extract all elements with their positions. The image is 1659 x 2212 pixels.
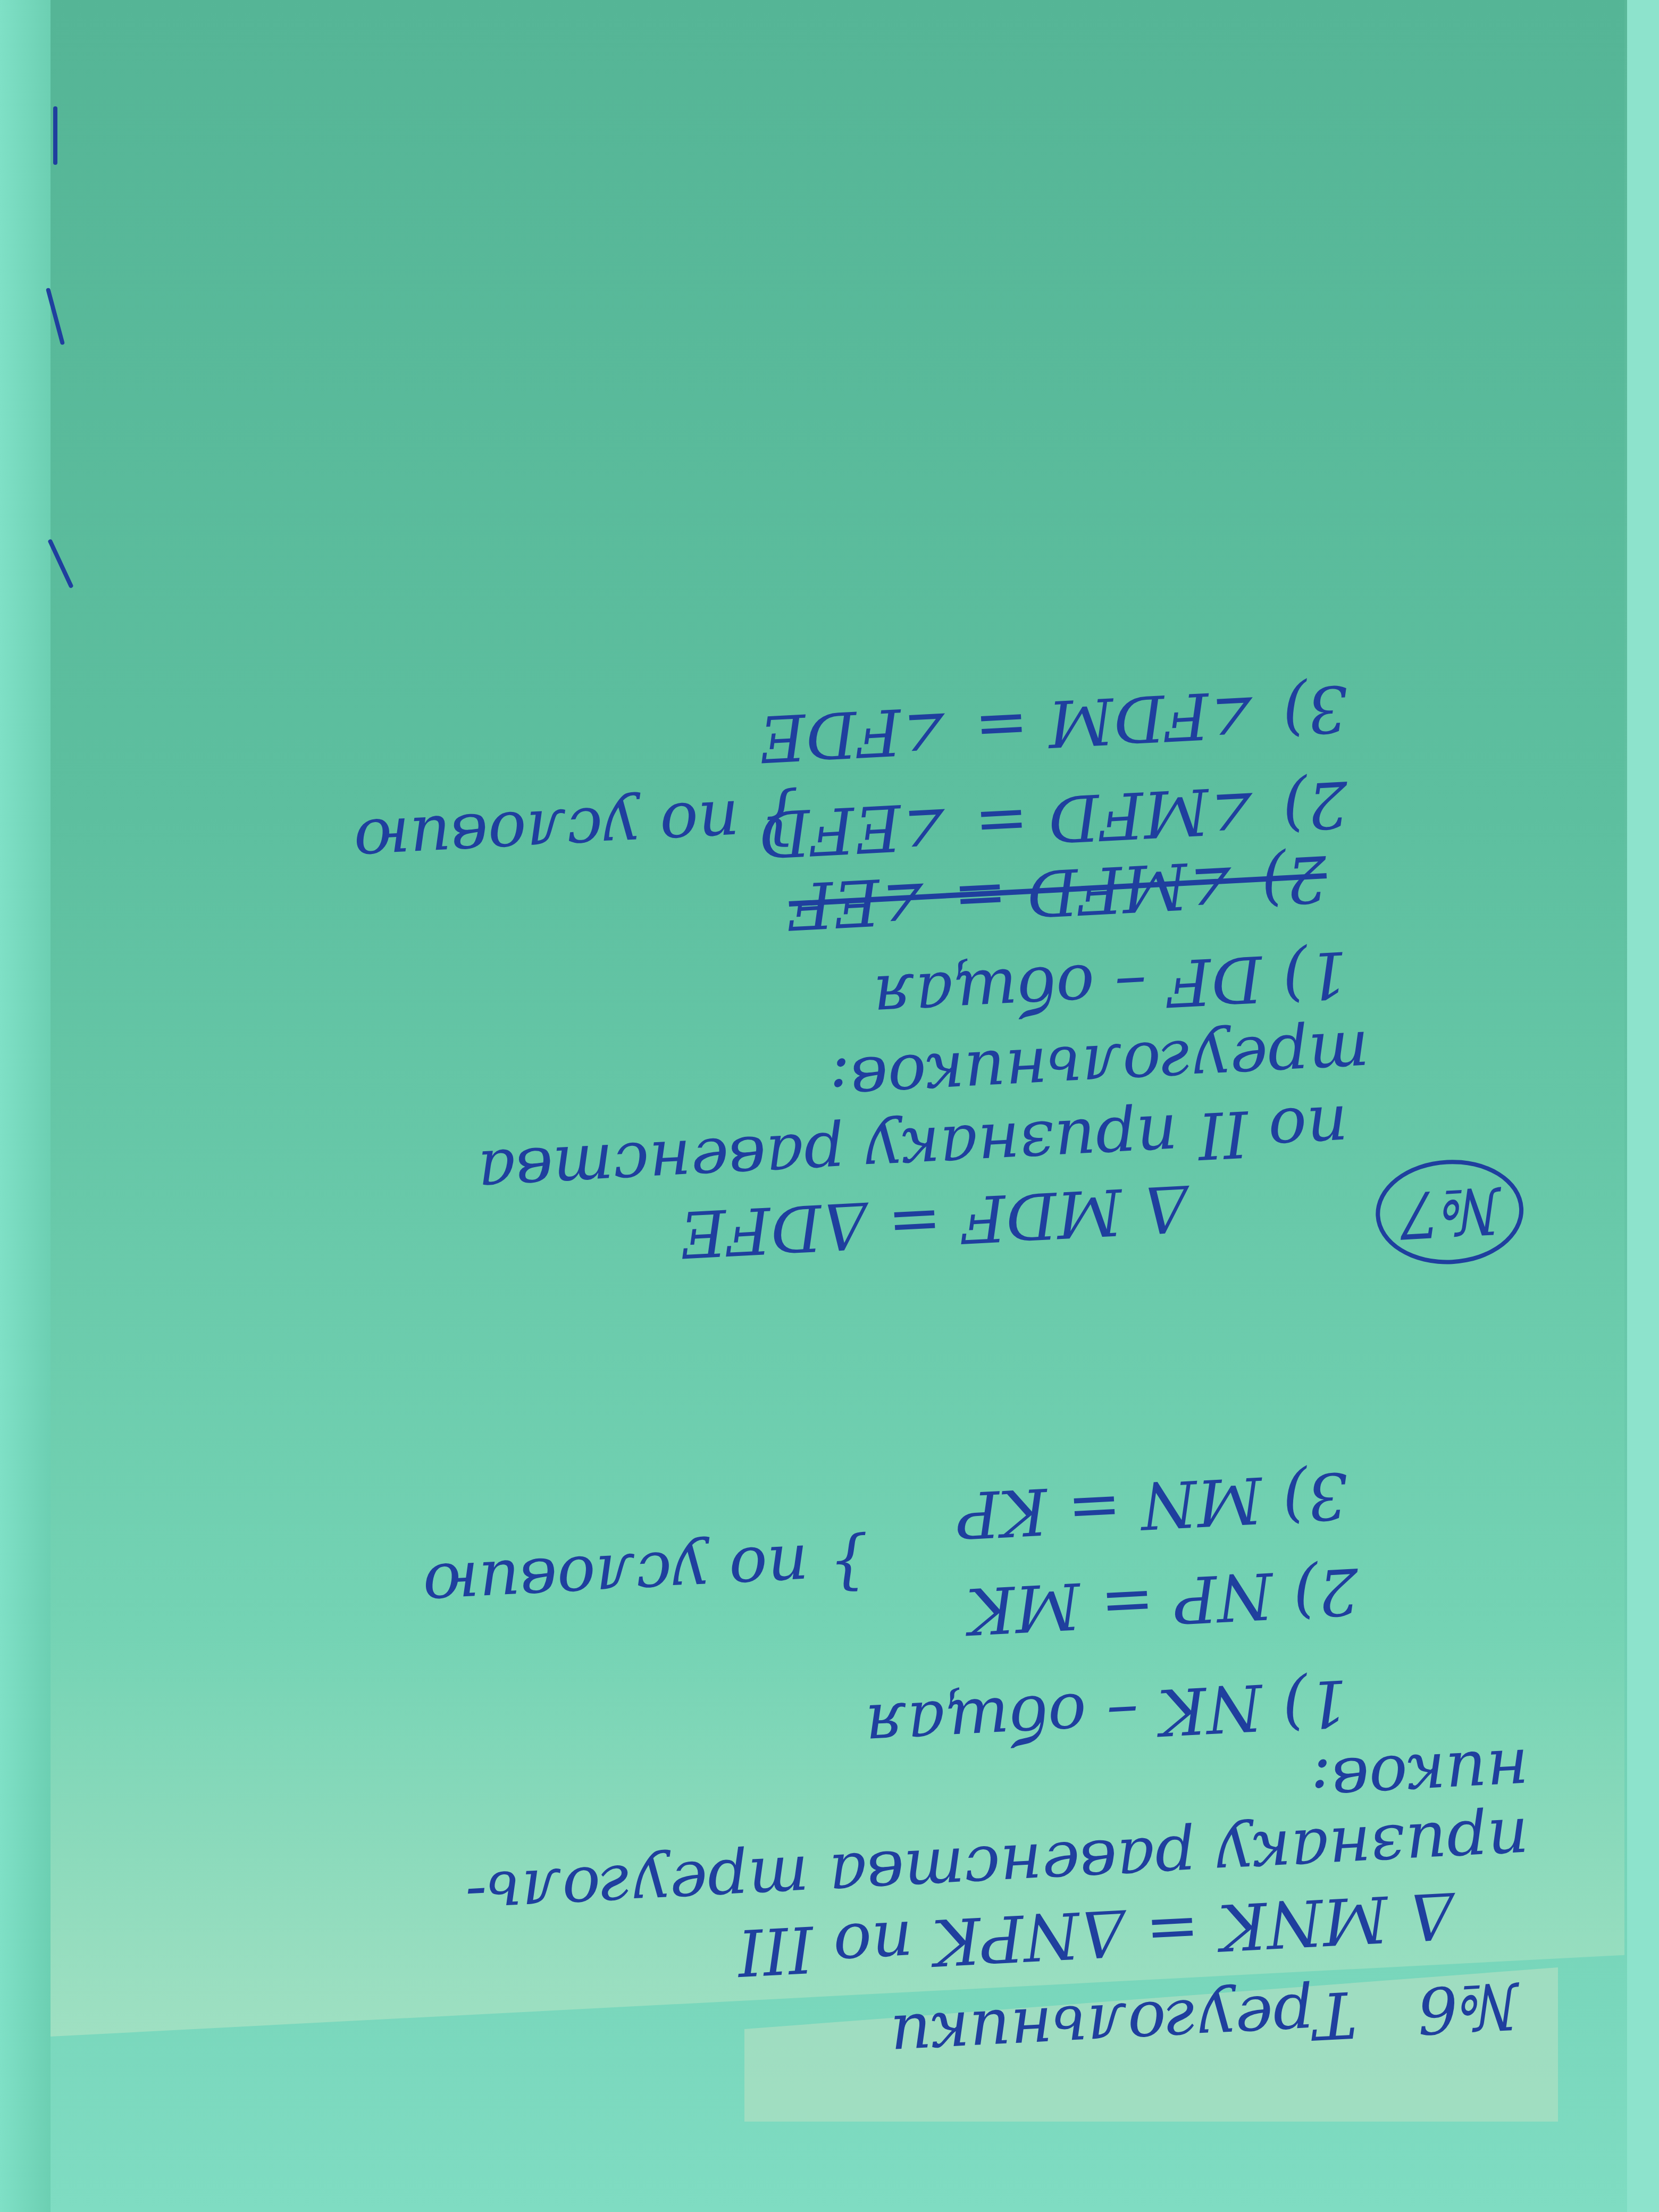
problem-6-item: 3) MN = KP bbox=[955, 1462, 1350, 1546]
problem-7-number-circled: №7 bbox=[1373, 1156, 1526, 1268]
handwritten-page: №6 Треугольники Δ MNK = ΔNPK по III приз… bbox=[51, 0, 1624, 2037]
problem-6-item: 2) NP = MK bbox=[966, 1558, 1360, 1642]
problem-6-number: №6 bbox=[1415, 1968, 1520, 2047]
problem-7-item: 1) DF – общая bbox=[872, 941, 1350, 1030]
problem-6-reason-line: ников: bbox=[1309, 1739, 1530, 1814]
page-edge-right bbox=[1627, 0, 1659, 2212]
problem-6-item: 1) NK – общая bbox=[864, 1670, 1350, 1758]
problem-6-condition-note: } по условию bbox=[422, 1531, 872, 1619]
problem-7-item: 3) ∠FDM = ∠FDE bbox=[758, 675, 1350, 770]
problem-7-condition-note: } по условию bbox=[353, 787, 802, 874]
page-edge-left bbox=[0, 0, 51, 2212]
